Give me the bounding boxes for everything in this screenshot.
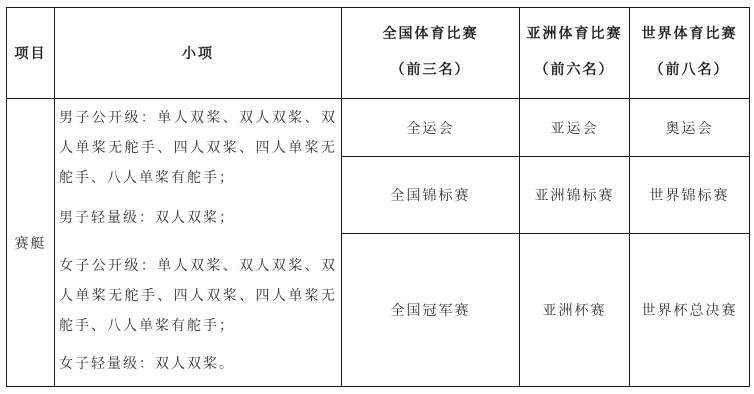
asian-cup-cell: 亚洲杯赛	[520, 234, 630, 387]
world-cup-final-cell: 世界杯总决赛	[630, 234, 750, 387]
table-header-row: 项目 小项 全国体育比赛 （前三名） 亚洲体育比赛 （前六名） 世界体育比赛 （…	[7, 8, 750, 99]
asian-games-cell: 亚运会	[520, 99, 630, 157]
asian-championship-cell: 亚洲锦标赛	[520, 157, 630, 234]
national-games-cell: 全运会	[342, 99, 520, 157]
header-national-line2: （前三名）	[391, 62, 471, 80]
national-champions-tournament-cell: 全国冠军赛	[342, 234, 520, 387]
world-championship-cell: 世界锦标赛	[630, 157, 750, 234]
table-row: 赛艇 男子公开级：单人双桨、双人双桨、双人单桨无舵手、四人双桨、四人单桨无舵手、…	[7, 99, 750, 157]
header-project: 项目	[7, 8, 55, 99]
header-asian-competition: 亚洲体育比赛 （前六名）	[520, 8, 630, 99]
header-world-line1: 世界体育比赛	[642, 26, 738, 44]
subitems-cell: 男子公开级：单人双桨、双人双桨、双人单桨无舵手、四人双桨、四人单桨无舵手、八人单…	[55, 99, 342, 387]
header-subitem: 小项	[55, 8, 342, 99]
header-world-line2: （前八名）	[650, 62, 730, 80]
national-championship-cell: 全国锦标赛	[342, 157, 520, 234]
subitem-mens-open: 男子公开级：单人双桨、双人双桨、双人单桨无舵手、四人双桨、四人单桨无舵手、八人单…	[59, 104, 337, 194]
header-national-line1: 全国体育比赛	[383, 26, 479, 44]
competition-qualification-table: 项目 小项 全国体育比赛 （前三名） 亚洲体育比赛 （前六名） 世界体育比赛 （…	[6, 7, 750, 387]
header-asian-line2: （前六名）	[535, 62, 615, 80]
subitem-womens-lightweight: 女子轻量级：双人双桨。	[59, 350, 337, 380]
header-world-competition: 世界体育比赛 （前八名）	[630, 8, 750, 99]
subitem-mens-lightweight: 男子轻量级：双人双桨；	[59, 204, 337, 234]
header-national-competition: 全国体育比赛 （前三名）	[342, 8, 520, 99]
project-cell-rowing: 赛艇	[7, 99, 55, 387]
header-asian-line1: 亚洲体育比赛	[527, 26, 623, 44]
subitem-womens-open: 女子公开级：单人双桨、双人双桨、双人单桨无舵手、四人双桨、四人单桨无舵手、八人单…	[59, 252, 337, 342]
olympic-games-cell: 奥运会	[630, 99, 750, 157]
